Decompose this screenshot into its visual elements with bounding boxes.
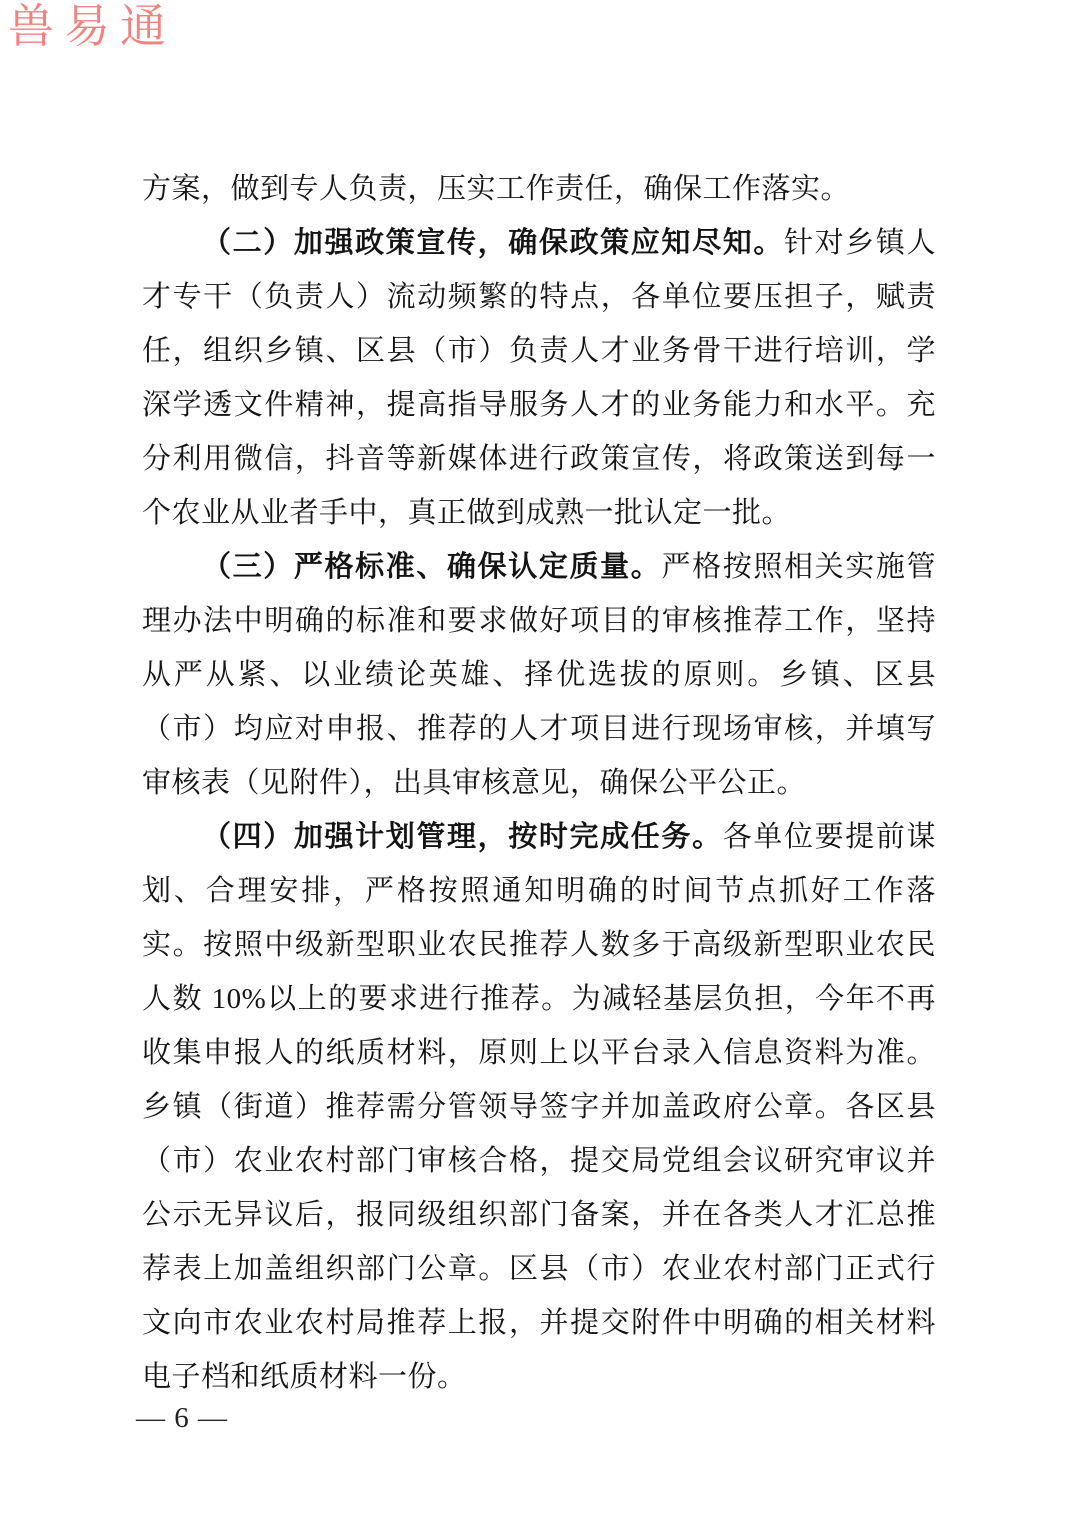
watermark-logo: 兽易通: [8, 3, 176, 51]
paragraph-text: 针对乡镇人才专干（负责人）流动频繁的特点，各单位要压担子，赋责任，组织乡镇、区县…: [142, 227, 936, 529]
paragraph-lead: （四）加强计划管理，按时完成任务。: [202, 821, 723, 853]
paragraph: （二）加强政策宣传，确保政策应知尽知。针对乡镇人才专干（负责人）流动频繁的特点，…: [142, 216, 936, 540]
document-page: 兽易通 方案，做到专人负责，压实工作责任，确保工作落实。（二）加强政策宣传，确保…: [0, 0, 1074, 1520]
page-number: — 6 —: [136, 1402, 228, 1435]
paragraph: （三）严格标准、确保认定质量。严格按照相关实施管理办法中明确的标准和要求做好项目…: [142, 540, 936, 810]
paragraph: 方案，做到专人负责，压实工作责任，确保工作落实。: [142, 162, 936, 216]
paragraph: （四）加强计划管理，按时完成任务。各单位要提前谋划、合理安排，严格按照通知明确的…: [142, 810, 936, 1404]
paragraph-lead: （三）严格标准、确保认定质量。: [202, 551, 661, 583]
paragraph-text: 各单位要提前谋划、合理安排，严格按照通知明确的时间节点抓好工作落实。按照中级新型…: [142, 821, 936, 1393]
document-body: 方案，做到专人负责，压实工作责任，确保工作落实。（二）加强政策宣传，确保政策应知…: [142, 162, 936, 1404]
paragraph-text: 严格按照相关实施管理办法中明确的标准和要求做好项目的审核推荐工作，坚持从严从紧、…: [142, 551, 936, 799]
paragraph-lead: （二）加强政策宣传，确保政策应知尽知。: [202, 227, 784, 259]
paragraph-text: 方案，做到专人负责，压实工作责任，确保工作落实。: [142, 173, 850, 205]
